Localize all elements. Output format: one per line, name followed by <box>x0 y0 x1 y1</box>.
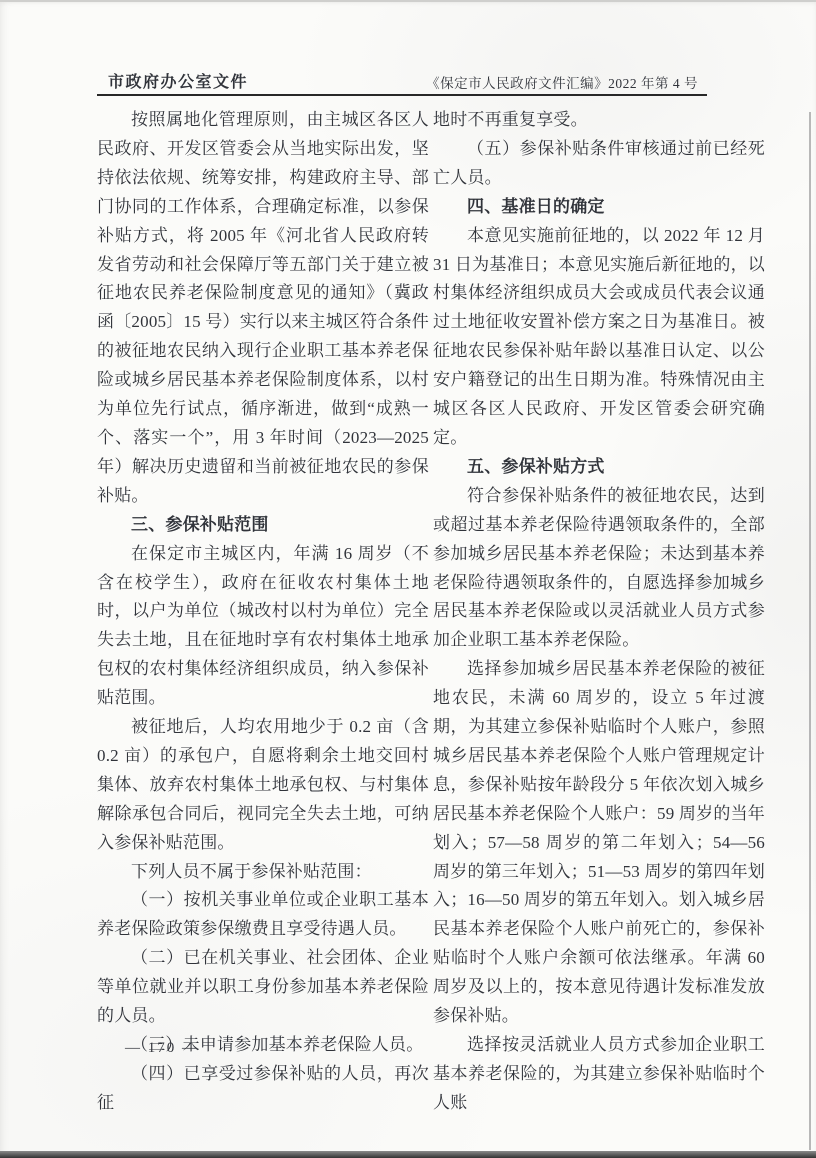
paragraph: （四）已享受过参保补贴的人员，再次征 <box>97 1060 429 1118</box>
paragraph: 选择参加城乡居民基本养老保险的被征地农民，未满 60 周岁的，设立 5 年过渡期… <box>433 655 765 1031</box>
paragraph: 本意见实施前征地的，以 2022 年 12 月 31 日为基准日；本意见实施后新… <box>433 222 765 453</box>
section-heading: 三、参保补贴范围 <box>97 511 429 540</box>
section-heading: 四、基准日的确定 <box>433 193 765 222</box>
paragraph: 选择按灵活就业人员方式参加企业职工基本养老保险的，为其建立参保补贴临时个人账 <box>433 1031 765 1118</box>
scan-right-edge-line <box>809 112 811 1150</box>
paragraph: 符合参保补贴条件的被征地农民，达到或超过基本养老保险待遇领取条件的，全部参加城乡… <box>433 482 765 655</box>
paragraph: 在保定市主城区内，年满 16 周岁（不含在校学生），政府在征收农村集体土地时，以… <box>97 540 429 713</box>
section-heading: 五、参保补贴方式 <box>433 453 765 482</box>
paragraph: 下列人员不属于参保补贴范围： <box>97 858 429 887</box>
column-left: 按照属地化管理原则，由主城区各区人民政府、开发区管委会从当地实际出发，坚持依法依… <box>97 106 429 1118</box>
paragraph: （一）按机关事业单位或企业职工基本养老保险政策参保缴费且享受待遇人员。 <box>97 886 429 944</box>
scan-top-edge <box>0 0 816 2</box>
header-edition-label: 《保定市人民政府文件汇编》2022 年第 4 号 <box>420 72 698 92</box>
column-right: 地时不再重复享受。（五）参保补贴条件审核通过前已经死亡人员。四、基准日的确定本意… <box>433 106 765 1118</box>
paragraph: 按照属地化管理原则，由主城区各区人民政府、开发区管委会从当地实际出发，坚持依法依… <box>97 106 429 511</box>
document-page: 市政府办公室文件 《保定市人民政府文件汇编》2022 年第 4 号 按照属地化管… <box>0 0 816 1158</box>
header-left-title: 市政府办公室文件 <box>108 69 248 92</box>
scan-bottom-band <box>0 1151 816 1158</box>
paragraph: 地时不再重复享受。 <box>433 106 765 135</box>
paragraph: 被征地后，人均农用地少于 0.2 亩（含 0.2 亩）的承包户，自愿将剩余土地交… <box>97 713 429 858</box>
page-number: — 170 — <box>125 1040 199 1057</box>
header-rule <box>97 94 707 96</box>
paragraph: （二）已在机关事业、社会团体、企业等单位就业并以职工身份参加基本养老保险的人员。 <box>97 944 429 1031</box>
paragraph: （五）参保补贴条件审核通过前已经死亡人员。 <box>433 135 765 193</box>
